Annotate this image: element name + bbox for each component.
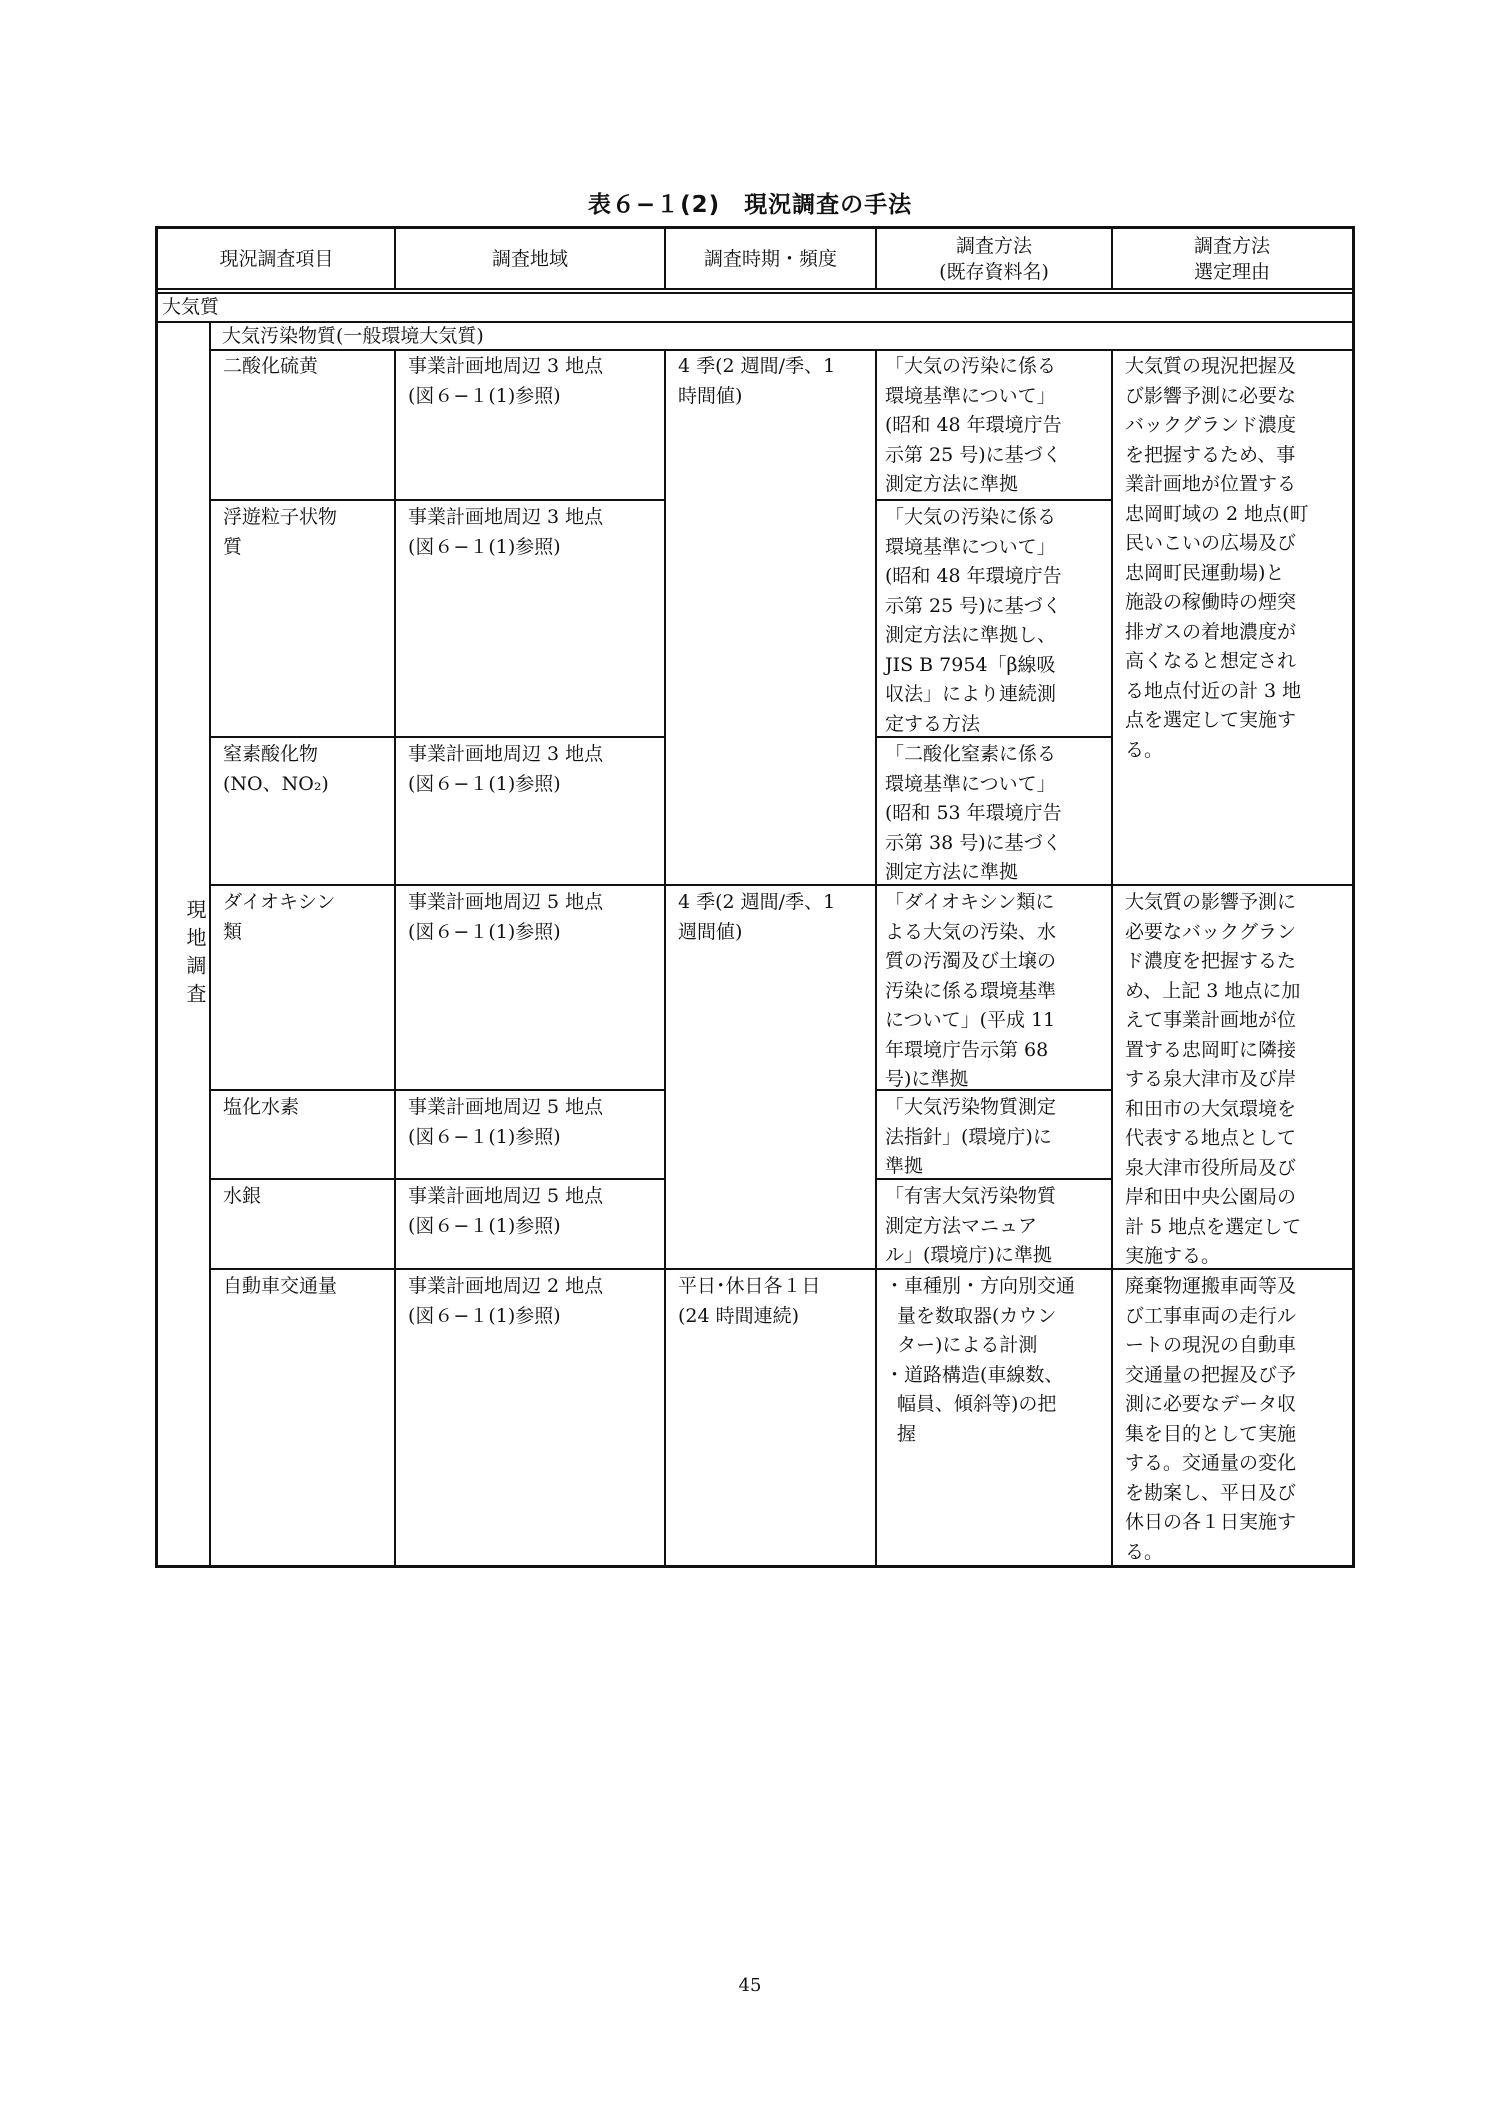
survey-methods-table: 現況調査項目 調査地域 調査時期・頻度 調査方法 (既存資料名) 調査方法 選定… — [155, 226, 1355, 1568]
header-survey-period: 調査時期・頻度 — [665, 229, 876, 289]
divider — [875, 229, 877, 289]
area-hydrogen-chloride: 事業計画地周辺 5 地点 (図６−１(1)参照) — [396, 1091, 664, 1152]
method-nitrogen-oxides: 「二酸化窒素に係る 環境基準について」 (昭和 53 年環境庁告 示第 38 号… — [877, 738, 1111, 888]
area-dioxins: 事業計画地周辺 5 地点 (図６−１(1)参照) — [396, 886, 664, 947]
period-vehicle-traffic: 平日･休日各１日 (24 時間連続) — [666, 1270, 875, 1331]
period-group-2: 4 季(2 週間/季、1 週間値) — [666, 886, 875, 947]
method-bullet: ・道路構造(車線数、 幅員、傾斜等)の把 握 — [877, 1361, 1111, 1450]
item-suspended-particulate-matter: 浮遊粒子状物 質 — [211, 501, 394, 562]
reason-group-1: 大気質の現況把握及 び影響予測に必要な バックグランド濃度 を把握するため、事 … — [1113, 350, 1352, 765]
header-survey-item: 現況調査項目 — [158, 229, 395, 289]
method-sulfur-dioxide: 「大気の汚染に係る 環境基準について」 (昭和 48 年環境庁告 示第 25 号… — [877, 350, 1111, 500]
method-mercury: 「有害大気汚染物質 測定方法マニュア ル」(環境庁)に準拠 — [877, 1180, 1111, 1271]
header-survey-area: 調査地域 — [395, 229, 665, 289]
divider — [664, 350, 666, 1565]
header-survey-method: 調査方法 (既存資料名) — [876, 229, 1112, 289]
area-suspended-particulate-matter: 事業計画地周辺 3 地点 (図６−１(1)参照) — [396, 501, 664, 562]
method-suspended-particulate-matter: 「大気の汚染に係る 環境基準について」 (昭和 48 年環境庁告 示第 25 号… — [877, 501, 1111, 739]
divider — [394, 229, 396, 289]
period-group-1: 4 季(2 週間/季、1 時間値) — [666, 350, 875, 411]
item-sulfur-dioxide: 二酸化硫黄 — [211, 350, 394, 382]
method-hydrogen-chloride: 「大気汚染物質測定 法指針」(環境庁)に 準拠 — [877, 1091, 1111, 1182]
divider — [158, 288, 1352, 290]
item-mercury: 水銀 — [211, 1180, 394, 1212]
section-label: 大気質 — [158, 293, 1352, 321]
header-selection-reason: 調査方法 選定理由 — [1112, 229, 1352, 289]
reason-vehicle-traffic: 廃棄物運搬車両等及 び工事車両の走行ル ートの現況の自動車 交通量の把握及び予 … — [1113, 1270, 1352, 1567]
table-title: 表６−１(2) 現況調査の手法 — [0, 186, 1500, 219]
subsection-label: 大気汚染物質(一般環境大気質) — [210, 322, 1350, 350]
divider — [1111, 229, 1113, 289]
item-dioxins: ダイオキシン 類 — [211, 886, 394, 947]
item-nitrogen-oxides: 窒素酸化物 (NO、NO₂) — [211, 738, 394, 799]
item-vehicle-traffic: 自動車交通量 — [211, 1270, 394, 1302]
area-sulfur-dioxide: 事業計画地周辺 3 地点 (図６−１(1)参照) — [396, 350, 664, 411]
area-vehicle-traffic: 事業計画地周辺 2 地点 (図６−１(1)参照) — [396, 1270, 664, 1331]
area-nitrogen-oxides: 事業計画地周辺 3 地点 (図６−１(1)参照) — [396, 738, 664, 799]
item-hydrogen-chloride: 塩化水素 — [211, 1091, 394, 1123]
method-dioxins: 「ダイオキシン類に よる大気の汚染、水 質の汚濁及び土壌の 汚染に係る環境基準 … — [877, 886, 1111, 1095]
reason-group-2: 大気質の影響予測に 必要なバックグラン ド濃度を把握するた め、上記 3 地点に… — [1113, 886, 1352, 1272]
divider — [664, 229, 666, 289]
page-number: 45 — [0, 1975, 1500, 1996]
area-mercury: 事業計画地周辺 5 地点 (図６−１(1)参照) — [396, 1180, 664, 1241]
side-label-field-survey: 現地調査 — [158, 885, 209, 1025]
method-bullet: ・車種別・方向別交通 量を数取器(カウン ター)による計測 — [877, 1270, 1111, 1361]
method-vehicle-traffic: ・車種別・方向別交通 量を数取器(カウン ター)による計測 ・道路構造(車線数、… — [877, 1270, 1111, 1449]
